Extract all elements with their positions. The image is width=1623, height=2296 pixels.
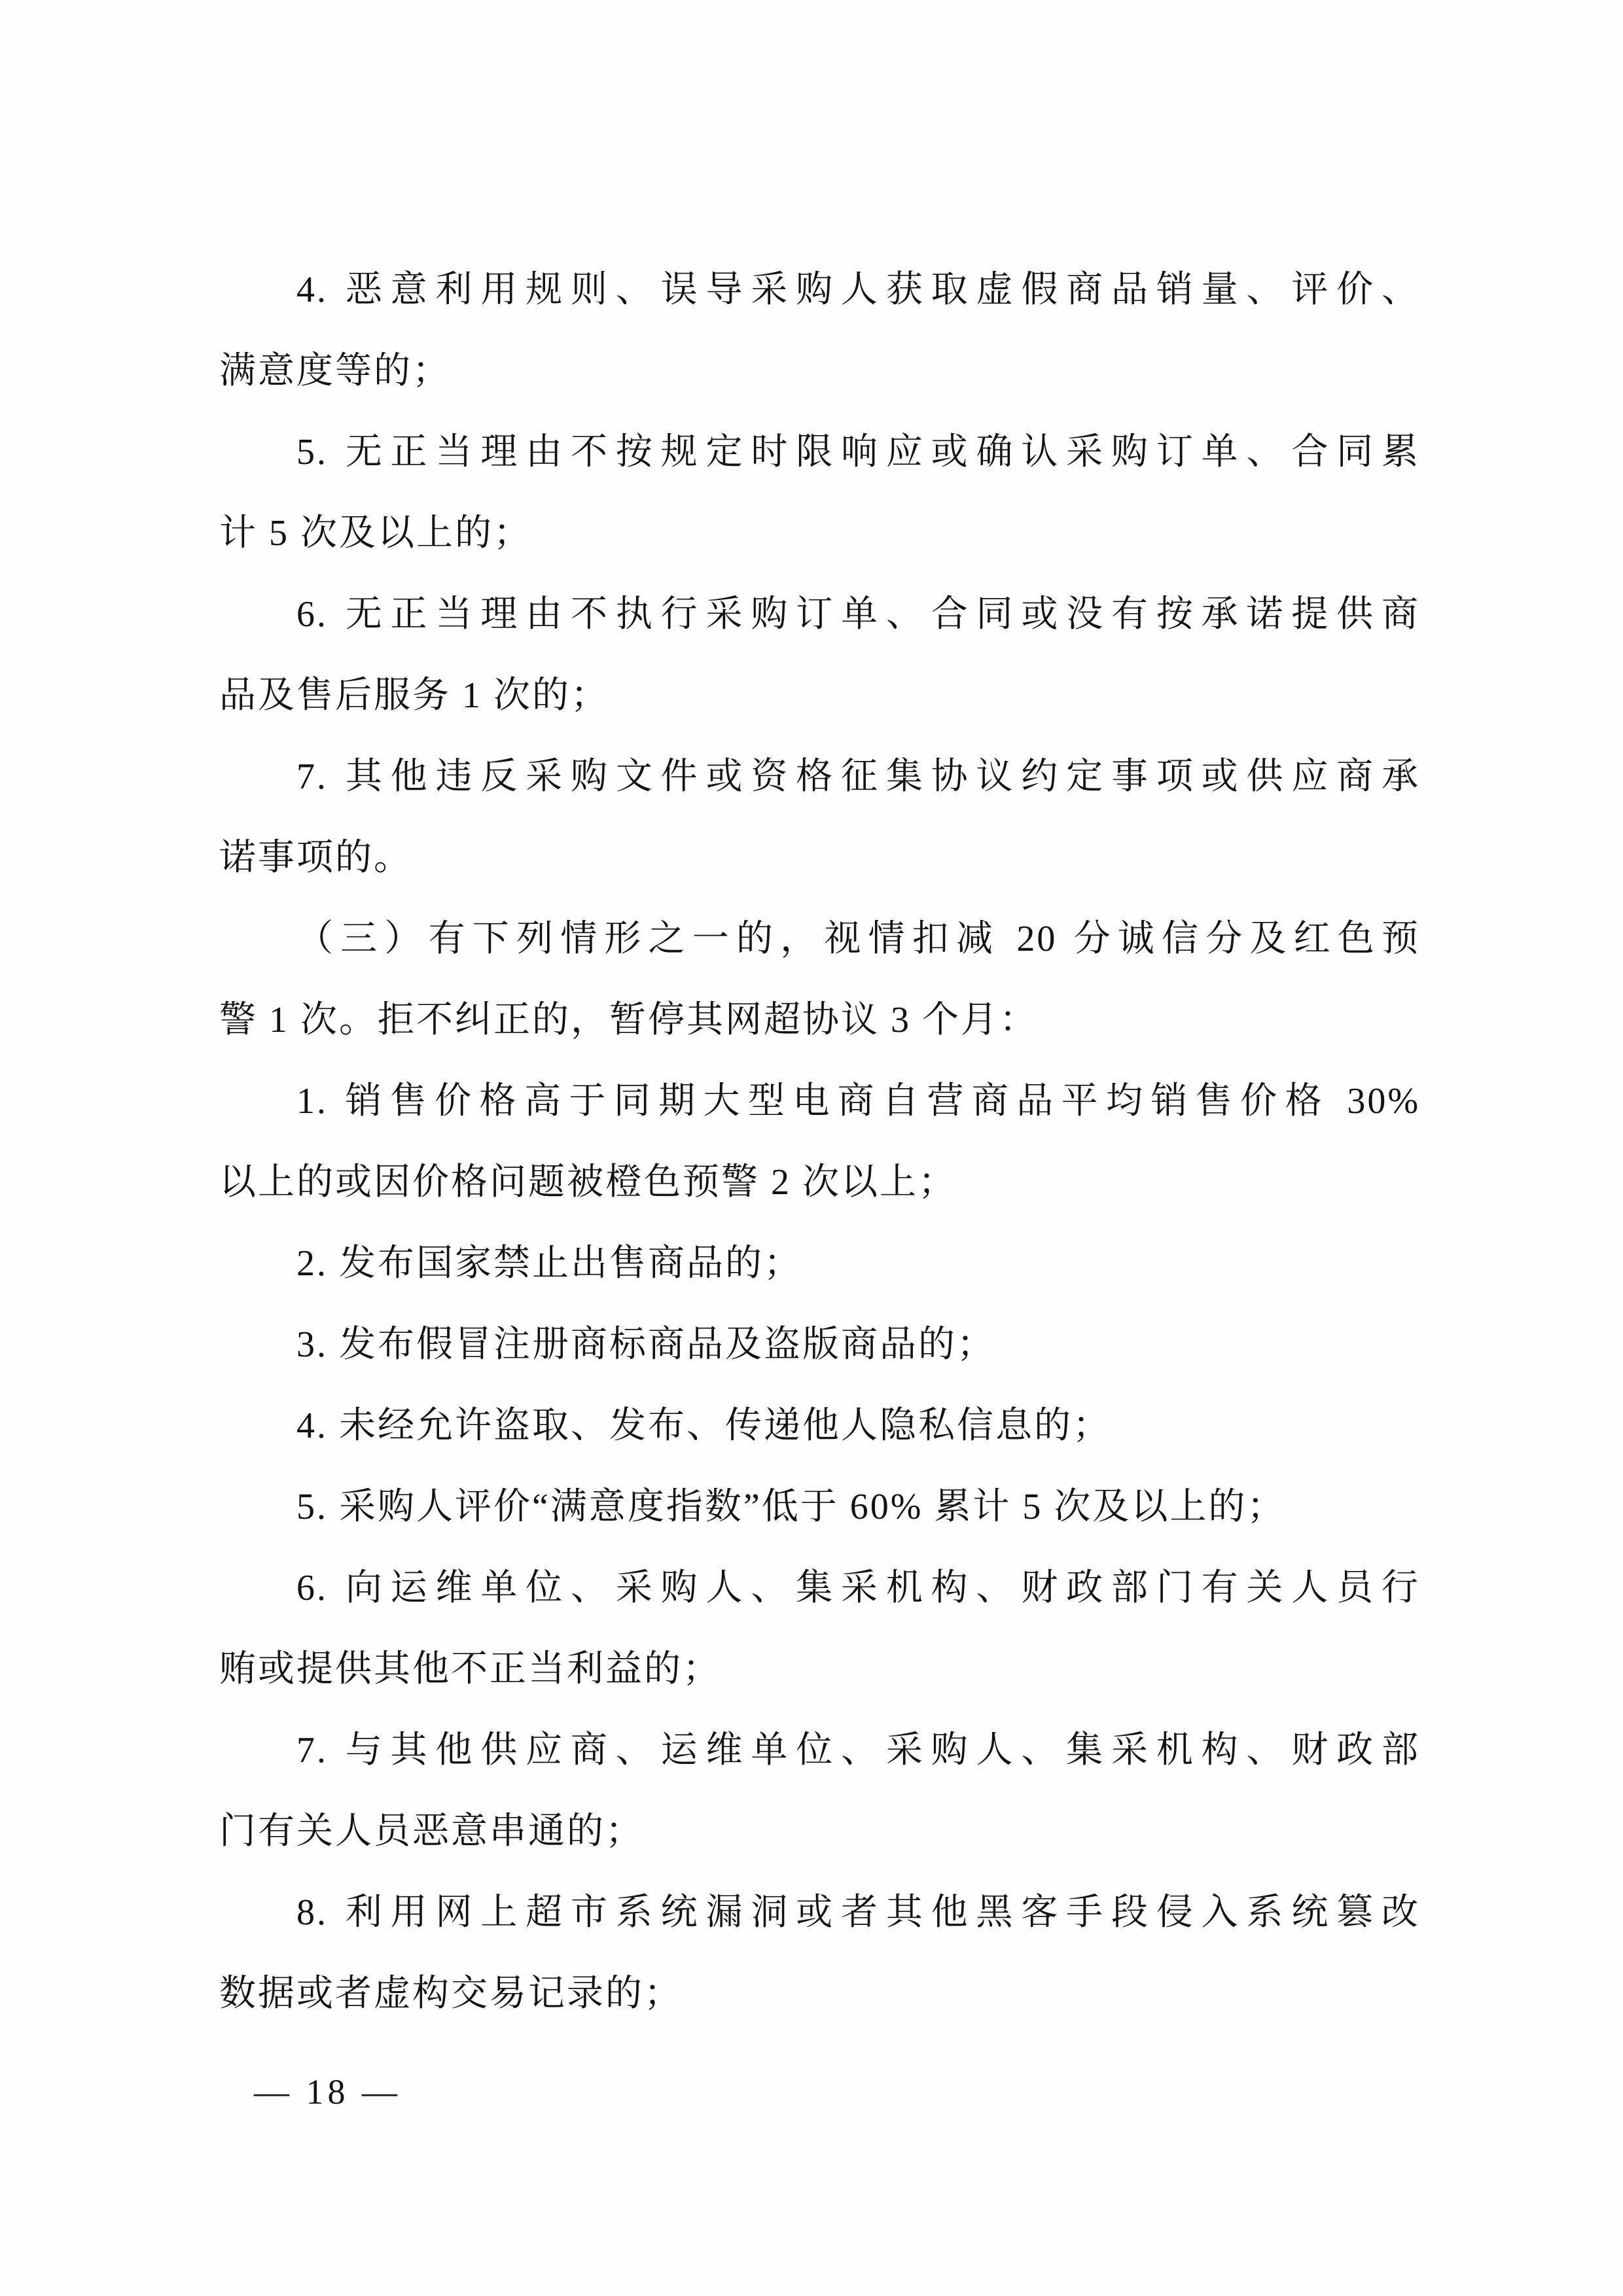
text-line: 3. 发布假冒注册商标商品及盗版商品的； [219,1304,1420,1385]
text-line: 贿或提供其他不正当利益的； [219,1629,1420,1710]
text-line: 品及售后服务 1 次的； [219,655,1420,736]
text-block: 4. 恶意利用规则、误导采购人获取虚假商品销量、评价、满意度等的；5. 无正当理… [219,249,1420,2034]
text-line: 1. 销售价格高于同期大型电商自营商品平均销售价格 30% [219,1061,1420,1142]
text-line: 7. 与其他供应商、运维单位、采购人、集采机构、财政部 [219,1710,1420,1791]
text-line: 5. 采购人评价“满意度指数”低于 60% 累计 5 次及以上的； [219,1466,1420,1547]
text-line: 8. 利用网上超市系统漏洞或者其他黑客手段侵入系统篡改 [219,1872,1420,1953]
text-line: 警 1 次。拒不纠正的，暂停其网超协议 3 个月： [219,980,1420,1061]
text-line: 以上的或因价格问题被橙色预警 2 次以上； [219,1142,1420,1223]
text-line: 门有关人员恶意串通的； [219,1791,1420,1872]
text-line: 4. 恶意利用规则、误导采购人获取虚假商品销量、评价、 [219,249,1420,330]
text-line: 5. 无正当理由不按规定时限响应或确认采购订单、合同累 [219,412,1420,493]
document-page: 4. 恶意利用规则、误导采购人获取虚假商品销量、评价、满意度等的；5. 无正当理… [0,0,1623,2296]
text-line: 4. 未经允许盗取、发布、传递他人隐私信息的； [219,1385,1420,1466]
text-line: 7. 其他违反采购文件或资格征集协议约定事项或供应商承 [219,736,1420,817]
text-line: 6. 向运维单位、采购人、集采机构、财政部门有关人员行 [219,1547,1420,1629]
text-line: 计 5 次及以上的； [219,493,1420,574]
page-number: — 18 — [254,2051,401,2132]
text-line: 6. 无正当理由不执行采购订单、合同或没有按承诺提供商 [219,574,1420,655]
text-line: 满意度等的； [219,330,1420,412]
text-line: 诺事项的。 [219,817,1420,898]
text-line: 数据或者虚构交易记录的； [219,1953,1420,2034]
text-line: 2. 发布国家禁止出售商品的； [219,1223,1420,1304]
text-line: （三）有下列情形之一的，视情扣减 20 分诚信分及红色预 [219,898,1420,980]
